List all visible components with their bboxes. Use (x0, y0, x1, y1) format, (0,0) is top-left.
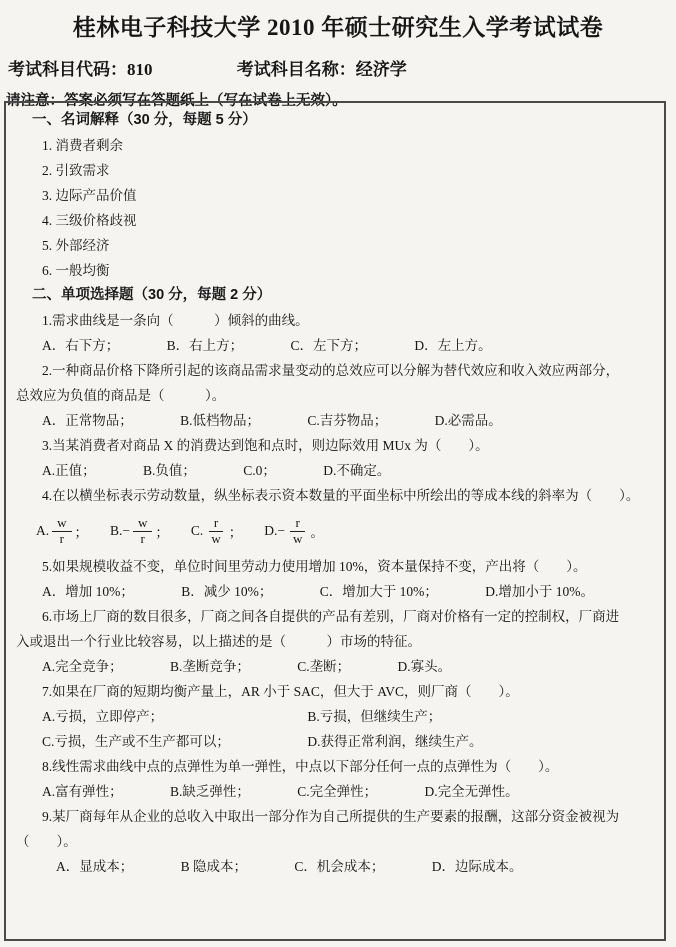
question-5-options: A．增加 10%； B．减少 10%； C．增加大于 10%； D.增加小于 1… (42, 579, 656, 604)
question-2-options: A．正常物品； B.低档物品； C.吉芬物品； D.必需品。 (42, 408, 656, 433)
question-7-options-row1: A.亏损，立即停产； B.亏损，但继续生产； (42, 704, 656, 729)
question-9-text-line1: 9.某厂商每年从企业的总收入中取出一部分作为自己所提供的生产要素的报酬，这部分资… (16, 804, 656, 829)
option-a: A.亏损，立即停产； (42, 704, 304, 729)
exam-title: 桂林电子科技大学 2010 年硕士研究生入学考试试卷 (0, 0, 676, 42)
option-c: C.吉芬物品； (307, 413, 387, 428)
option-d: D．边际成本。 (432, 859, 523, 874)
subject-name: 考试科目名称：经济学 (237, 60, 407, 79)
question-6-text-line1: 6.市场上厂商的数目很多，厂商之间各自提供的产品有差别，厂商对价格有一定的控制权… (16, 604, 656, 629)
option-c: C.亏损，生产或不生产都可以； (42, 729, 304, 754)
question-2-text-line2: 总效应为负值的商品是（ ）。 (16, 383, 656, 408)
option-d: D.增加小于 10%。 (485, 584, 594, 599)
option-c: C.完全弹性； (297, 784, 377, 799)
option-a: A．增加 10%； (42, 584, 134, 599)
question-1-text: 1.需求曲线是一条向（ ）倾斜的曲线。 (16, 308, 656, 333)
option-d: D.获得正常利润，继续生产。 (307, 729, 569, 754)
option-c: C.垄断； (297, 659, 350, 674)
fraction: r w (288, 516, 307, 547)
option-a: A．右下方； (42, 338, 119, 353)
term-item-3: 3. 边际产品价值 (42, 183, 656, 208)
minus-sign: − (277, 523, 285, 539)
option-a: A.正值； (42, 463, 96, 478)
question-9-options: A．显成本； B 隐成本； C．机会成本； D．边际成本。 (56, 854, 656, 879)
option-d: D. − r w 。 (264, 516, 324, 547)
minus-sign: − (122, 523, 130, 539)
option-b: B.低档物品； (180, 413, 260, 428)
option-a: A．显成本； (56, 859, 133, 874)
subject-code: 考试科目代码：810 (8, 60, 153, 79)
option-a: A.富有弹性； (42, 784, 123, 799)
question-2-text-line1: 2.一种商品价格下降所引起的该商品需求量变动的总效应可以分解为替代效应和收入效应… (16, 358, 656, 383)
question-7-text: 7.如果在厂商的短期均衡产量上，AR 小于 SAC，但大于 AVC，则厂商（ ）… (16, 679, 656, 704)
fraction: r w (206, 516, 225, 547)
option-c: C．增加大于 10%； (320, 584, 438, 599)
section1-heading: 一、名词解释（30 分，每题 5 分） (32, 108, 656, 133)
question-3-options: A.正值； B.负值； C.0； D.不确定。 (42, 458, 656, 483)
question-4-text: 4.在以横坐标表示劳动数量，纵坐标表示资本数量的平面坐标中所绘出的等成本线的斜率… (16, 483, 656, 508)
option-b: B．减少 10%； (181, 584, 272, 599)
option-d: D.必需品。 (435, 413, 502, 428)
question-8-text: 8.线性需求曲线中点的点弹性为单一弹性，中点以下部分任何一点的点弹性为（ ）。 (16, 754, 656, 779)
question-1-options: A．右下方； B．右上方； C．左下方； D．左上方。 (42, 333, 656, 358)
question-8-options: A.富有弹性； B.缺乏弹性； C.完全弹性； D.完全无弹性。 (42, 779, 656, 804)
section2-heading: 二、单项选择题（30 分，每题 2 分） (32, 283, 656, 308)
term-item-1: 1. 消费者剩余 (42, 133, 656, 158)
term-item-2: 2. 引致需求 (42, 158, 656, 183)
option-d: D.不确定。 (323, 463, 390, 478)
option-d: D.寡头。 (398, 659, 452, 674)
subject-row: 考试科目代码：810 考试科目名称：经济学 (8, 55, 676, 80)
option-d: D．左上方。 (414, 338, 491, 353)
exam-paper-page: 桂林电子科技大学 2010 年硕士研究生入学考试试卷 考试科目代码：810 考试… (0, 0, 676, 947)
option-b: B.亏损，但继续生产； (307, 704, 569, 729)
question-6-options: A.完全竞争； B.垄断竞争； C.垄断； D.寡头。 (42, 654, 656, 679)
option-a: A.完全竞争； (42, 659, 123, 674)
option-b: B.缺乏弹性； (170, 784, 250, 799)
option-b: B 隐成本； (181, 859, 247, 874)
option-d: D.完全无弹性。 (425, 784, 519, 799)
option-b: B.垄断竞争； (170, 659, 250, 674)
question-3-text: 3.当某消费者对商品 X 的消费达到饱和点时，则边际效用 MUx 为（ ）。 (16, 433, 656, 458)
fraction: w r (133, 516, 152, 547)
question-4-options: A. w r ； B. − w r ； C. (36, 508, 656, 554)
question-6-text-line2: 入或退出一个行业比较容易，以上描述的是（ ）市场的特征。 (16, 629, 656, 654)
option-a: A．正常物品； (42, 413, 133, 428)
question-7-options-row2: C.亏损，生产或不生产都可以； D.获得正常利润，继续生产。 (42, 729, 656, 754)
exam-content-box: 一、名词解释（30 分，每题 5 分） 1. 消费者剩余 2. 引致需求 3. … (4, 101, 666, 941)
option-b: B. − w r ； (110, 516, 169, 547)
option-c: C．左下方； (291, 338, 368, 353)
question-5-text: 5.如果规模收益不变，单位时间里劳动力使用增加 10%，资本量保持不变，产出将（… (16, 554, 656, 579)
question-9-text-line2: （ ）。 (16, 829, 656, 854)
option-c: C．机会成本； (294, 859, 384, 874)
term-item-4: 4. 三级价格歧视 (42, 208, 656, 233)
option-c: C. r w ； (191, 516, 242, 547)
option-b: B．右上方； (167, 338, 244, 353)
term-item-5: 5. 外部经济 (42, 233, 656, 258)
option-a: A. w r ； (36, 516, 88, 547)
option-c: C.0； (243, 463, 276, 478)
option-b: B.负值； (143, 463, 196, 478)
term-item-6: 6. 一般均衡 (42, 258, 656, 283)
fraction: w r (52, 516, 71, 547)
